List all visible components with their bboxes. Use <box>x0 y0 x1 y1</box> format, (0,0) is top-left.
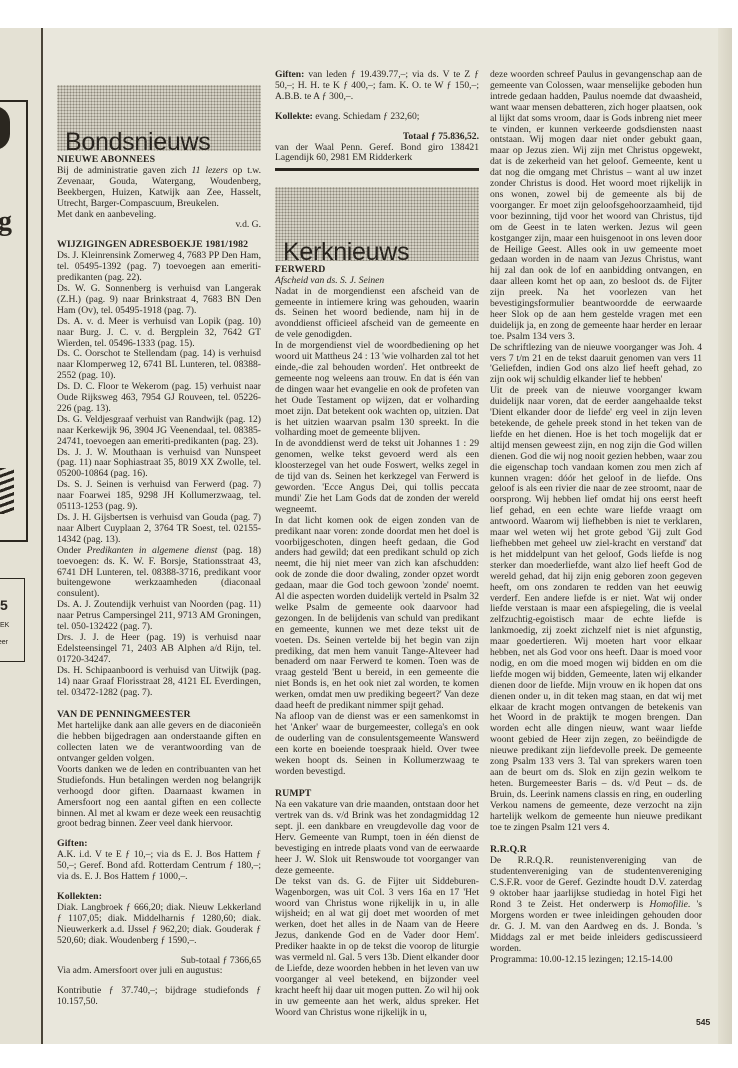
column-bondsnieuws: Bondsnieuws NIEUWE ABONNEES Bij de admin… <box>57 85 261 1008</box>
section-banner: Kerknieuws <box>275 187 479 261</box>
signature: v.d. G. <box>57 220 261 231</box>
paragraph: De tekst van ds. G. de Fijter uit Siddeb… <box>275 877 479 1019</box>
paragraph: De schriftlezing van de nieuwe voorgange… <box>490 343 702 387</box>
address-entry: Ds. H. Schipaanboord is verhuisd van Uit… <box>57 666 261 699</box>
section-title: Bondsnieuws <box>65 137 210 148</box>
giften-text: A.K. i.d. V te E ƒ 10,–; via ds E. J. Bo… <box>57 850 261 883</box>
column-continued: deze woorden schreef Paulus in gevangens… <box>490 70 702 965</box>
paragraph: Voorts danken we de leden en contribuant… <box>57 765 261 830</box>
address-entry: Ds. A. v. d. Meer is verhuisd van Lopik … <box>57 317 261 350</box>
previous-page-strip: g 5 IEK meer <box>0 28 42 1044</box>
giften-line: Giften: van leden ƒ 19.439.77,–; via ds.… <box>275 70 479 103</box>
abonnees-text: Bij de administratie gaven zich 11 lezer… <box>57 166 261 210</box>
kollekte-line: Kollekte: evang. Schiedam ƒ 232,60; <box>275 112 479 123</box>
paragraph: Na afloop van de dienst was er een samen… <box>275 712 479 777</box>
section-banner: Bondsnieuws <box>57 85 261 151</box>
address-entry: Ds. S. J. Seinen is verhuisd van Ferwerd… <box>57 480 261 513</box>
kontributie: Kontributie ƒ 37.740,–; bijdrage studief… <box>57 986 261 1008</box>
section-title: Kerknieuws <box>283 247 409 258</box>
address-entry: Ds. C. Oorschot te Stellendam (pag. 14) … <box>57 349 261 382</box>
address-entry: Drs. J. J. de Heer (pag. 19) is verhuisd… <box>57 633 261 666</box>
address-entry: Ds. G. Veldjesgraaf verhuist van Randwij… <box>57 415 261 448</box>
address-entry: Onder Predikanten in algemene dienst (pa… <box>57 546 261 601</box>
paragraph: Met hartelijke dank aan alle gevers en d… <box>57 721 261 765</box>
advert-line: meer <box>0 639 8 646</box>
address-entry: Ds. W. G. Sonnenberg is verhuisd van Lan… <box>57 284 261 317</box>
paragraph: Na een vakature van drie maanden, ontsta… <box>275 800 479 876</box>
address-entry: Ds. A. J. Zoutendijk verhuist van Noorde… <box>57 600 261 633</box>
paragraph: De R.R.Q.R. reunistenvereniging van de s… <box>490 856 702 954</box>
kollekten-text: Diak. Langbroek ƒ 666,20; diak. Nieuw Le… <box>57 903 261 947</box>
address-entry: Ds. J. H. Gijsbertsen is verhuisd van Go… <box>57 513 261 546</box>
address-entry: Ds. J. Kleinrensink Zomerweg 4, 7683 PP … <box>57 251 261 284</box>
paragraph: Uit de preek van de nieuwe voorganger kw… <box>490 386 702 833</box>
advert-line: IEK <box>0 622 9 629</box>
paragraph: In de avonddienst werd de tekst uit Joha… <box>275 439 479 515</box>
programma: Programma: 10.00-12.15 lezingen; 12.15-1… <box>490 955 702 966</box>
column-kerknieuws: Giften: van leden ƒ 19.439.77,–; via ds.… <box>275 70 479 1018</box>
abonnees-thanks: Met dank en aanbeveling. <box>57 210 261 221</box>
paragraph: In dat licht komen ook de eigen zonden v… <box>275 516 479 712</box>
advert-box-small: 5 IEK meer <box>0 578 25 662</box>
page-edge <box>718 28 732 1044</box>
totaal: Totaal ƒ 75.836,52. <box>275 132 479 143</box>
paragraph: deze woorden schreef Paulus in gevangens… <box>490 70 702 343</box>
via-adm: Via adm. Amersfoort over juli en augustu… <box>57 966 261 977</box>
address-entry: Ds. D. C. Floor te Wekerom (pag. 15) ver… <box>57 382 261 415</box>
address-entry: Ds. J. J. W. Mouthaan is verhuisd van Nu… <box>57 448 261 481</box>
advert-letter: g <box>0 206 12 238</box>
advert-number: 5 <box>0 597 8 613</box>
paragraph: In de morgendienst viel de woordbedienin… <box>275 341 479 439</box>
sun-rays-graphic <box>0 468 14 514</box>
page-fold-divider <box>41 28 43 1044</box>
penningmeester-signoff: van der Waal Penn. Geref. Bond giro 1384… <box>275 143 479 165</box>
section-divider <box>275 168 479 171</box>
page-number: 545 <box>696 1017 710 1027</box>
paragraph: Nadat in de morgendienst een afscheid va… <box>275 287 479 342</box>
